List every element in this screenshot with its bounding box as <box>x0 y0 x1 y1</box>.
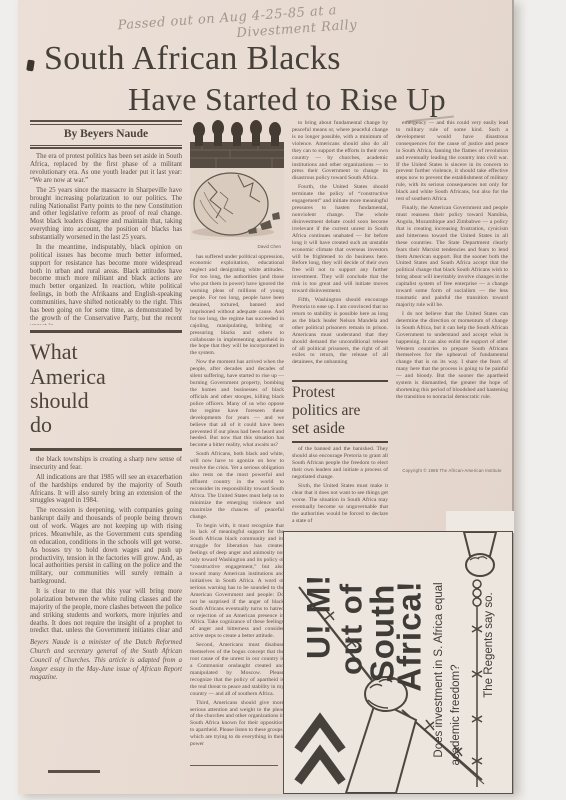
column-1-text-top: The era of protest politics has been set… <box>30 153 182 325</box>
paragraph: The recession is deepening, with compani… <box>30 507 182 586</box>
paragraph: to bring about fundamental change by pea… <box>292 120 388 182</box>
paragraph: What <box>30 340 182 364</box>
paragraph: It is clear to me that this year will br… <box>30 588 182 632</box>
divestment-poster: U! M! out of South Africa! Does investme… <box>283 531 513 794</box>
newspaper-clipping: Passed out on Aug 4-25-85 at a Divestmen… <box>18 0 514 794</box>
subheading: Protestpolitics areset aside <box>292 382 388 441</box>
paragraph: do <box>30 413 182 437</box>
paragraph: In the meantime, indisputably, black opi… <box>30 244 182 325</box>
sidebar-heading-block: WhatAmericashoulddo <box>30 330 182 451</box>
column-3-text-top: to bring about fundamental change by pea… <box>292 120 388 376</box>
rule <box>30 330 182 333</box>
scanned-newspaper-clipping: { "annotation": { "line1": "Passed out o… <box>0 0 566 800</box>
column-2: David Chen has suffered under political … <box>190 120 284 766</box>
paragraph: politics are <box>292 402 388 420</box>
poster-question-line2: academic freedom? <box>450 650 462 780</box>
copyright-line: Copyright © 1985 The African-American In… <box>396 468 508 473</box>
rule <box>48 770 100 773</box>
byline-box: By Beyers Naude <box>30 120 182 149</box>
paragraph: set aside <box>292 420 388 438</box>
column-2-text: has suffered under political oppression,… <box>190 254 284 762</box>
column-3-text-bottom: of the banned and the banished. They sho… <box>292 446 388 542</box>
headline-line1: South African Blacks <box>44 40 446 78</box>
paragraph: America <box>30 365 182 389</box>
paragraph: I do not believe that the United States … <box>396 311 508 401</box>
paragraph: Finally, the American Government and peo… <box>396 205 508 309</box>
ink-mark <box>26 60 35 72</box>
rule <box>190 765 278 767</box>
paragraph: Protest <box>292 384 388 402</box>
paragraph: The era of protest politics has been set… <box>30 153 182 185</box>
poster-text-africa: Africa! <box>391 534 429 739</box>
paragraph: emergency — and this could very easily l… <box>396 120 508 203</box>
rule <box>292 441 388 443</box>
paragraph: Fifth, Washington should encourage Preto… <box>292 297 388 366</box>
paragraph: Third, Americans should give more seriou… <box>190 700 284 748</box>
paragraph: Sixth, the United States must make it cl… <box>292 483 388 525</box>
column-4-text: emergency — and this could very easily l… <box>396 120 508 464</box>
poster-answer-line: The Regents say so. <box>483 570 495 720</box>
paragraph: has suffered under political oppression,… <box>190 254 284 358</box>
illustration-credit: David Chen <box>190 244 281 250</box>
paragraph: South Africans, both black and white, wi… <box>190 451 284 520</box>
paragraph: of the banned and the banished. They sho… <box>292 446 388 481</box>
poster-text-um: U! M! <box>301 537 338 697</box>
article-headline: South African Blacks Have Started to Ris… <box>44 40 446 118</box>
paragraph: The 25 years since the massacre in Sharp… <box>30 187 182 242</box>
fists-cracked-globe-illustration <box>190 120 284 240</box>
paragraph: Second, Americans must disabuse themselv… <box>190 642 284 697</box>
paragraph: the black townships is creating a sharp … <box>30 456 182 472</box>
column-1: By Beyers Naude The era of protest polit… <box>30 120 182 766</box>
headline-line2: Have Started to Rise Up <box>128 81 446 118</box>
paragraph: should <box>30 389 182 413</box>
paragraph: All indications are that 1985 will see a… <box>30 474 182 506</box>
subheading-block: Protestpolitics areset aside <box>292 380 388 443</box>
paragraph: To begin with, it must recognize that it… <box>190 523 284 641</box>
poster-paper-margin <box>446 511 514 533</box>
byline: By Beyers Naude <box>30 124 182 146</box>
column-1-text-bottom: the black townships is creating a sharp … <box>30 456 182 632</box>
poster-question-line1: Does investment in S. Africa equal <box>433 550 445 790</box>
rule <box>30 448 182 451</box>
author-bio: Beyers Naude is a minister of the Dutch … <box>30 639 182 683</box>
paragraph: Now the moment has arrived when the peop… <box>190 359 284 449</box>
sidebar-heading: WhatAmericashoulddo <box>30 335 182 446</box>
paragraph: Fourth, the United States should termina… <box>292 184 388 295</box>
